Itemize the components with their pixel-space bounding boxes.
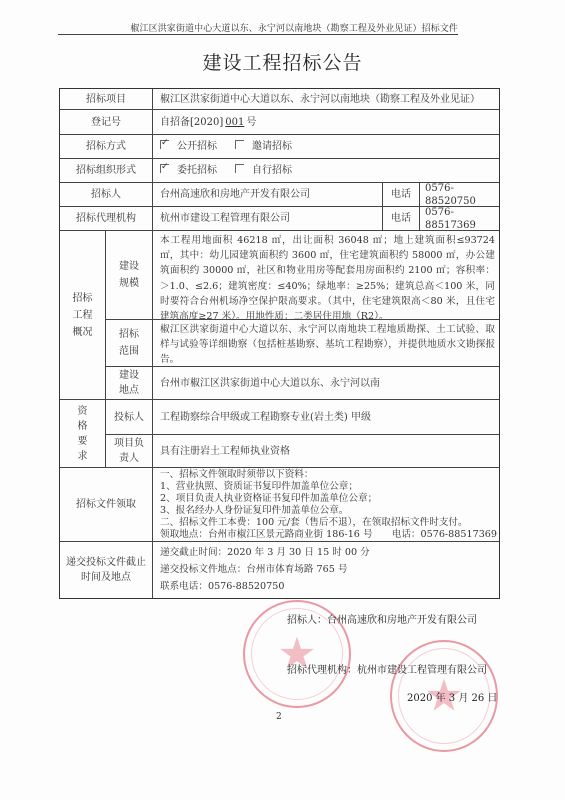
organization-form-label: 招标组织形式 bbox=[60, 158, 152, 182]
collection-line: 一、招标文件领取时须带以下资料： bbox=[160, 469, 495, 481]
tenderer-phone-label: 电话 bbox=[382, 182, 419, 206]
location-text: 台州市椒江区洪家街道中心大道以东、永宁河以南 bbox=[152, 366, 499, 399]
location-label: 建设 地点 bbox=[105, 366, 152, 399]
registration-value: 自招备[2020] 001 号 bbox=[152, 109, 499, 134]
announcement-table: 招标项目 椒江区洪家街道中心大道以东、永宁河以南地块（勘察工程及外业见证） 登记… bbox=[59, 88, 500, 599]
agency-phone-label: 电话 bbox=[382, 206, 419, 230]
tenderer-value: 台州高速欣和房地产开发有限公司 bbox=[152, 182, 382, 206]
bidder-text: 工程勘察综合甲级或工程勘察专业(岩土类) 甲级 bbox=[152, 399, 499, 434]
agency-phone: 0576-88517369 bbox=[419, 206, 499, 230]
submission-line: 递交截止时间：2020 年 3 月 30 日 15 时 00 分 bbox=[160, 544, 495, 561]
bidding-method-options: 公开招标 邀请招标 bbox=[152, 134, 499, 158]
scale-text: 本工程用地面积 46218 ㎡，出让面积 36048 ㎡；地上建筑面积≤9372… bbox=[152, 230, 499, 319]
project-label: 招标项目 bbox=[60, 89, 152, 109]
collection-line: 3、报名经办人身份证复印件加盖单位公章。 bbox=[160, 505, 495, 517]
agency-signature: 招标代理机构：杭州市建设工程管理有限公司 bbox=[287, 661, 487, 676]
checkbox-checked-icon[interactable] bbox=[160, 140, 169, 149]
page-number: 2 bbox=[276, 712, 282, 722]
agency-value: 杭州市建设工程管理有限公司 bbox=[152, 206, 382, 230]
bidding-method-label: 招标方式 bbox=[60, 134, 152, 158]
option-entrusted-bidding[interactable]: 委托招标 bbox=[160, 164, 217, 177]
tenderer-phone: 0576-88520750 bbox=[419, 182, 499, 206]
scope-text: 椒江区洪家街道中心大道以东、永宁河以南地块工程地质勘探、土工试验、取样与试验等详… bbox=[152, 319, 499, 366]
option-invited-bidding[interactable]: 邀请招标 bbox=[235, 140, 292, 153]
bidder-label: 投标人 bbox=[105, 399, 152, 434]
running-header: 椒江区洪家街道中心大道以东、永宁河以南地块（勘察工程及外业见证）招标文件 bbox=[58, 21, 458, 34]
document-title: 建设工程招标公告 bbox=[0, 48, 565, 75]
manager-text: 具有注册岩土工程师执业资格 bbox=[152, 434, 499, 467]
agency-label: 招标代理机构 bbox=[60, 206, 152, 230]
document-page: 椒江区洪家街道中心大道以东、永宁河以南地块（勘察工程及外业见证）招标文件 建设工… bbox=[0, 0, 565, 800]
project-value: 椒江区洪家街道中心大道以东、永宁河以南地块（勘察工程及外业见证） bbox=[152, 89, 499, 109]
header-rule bbox=[58, 34, 458, 35]
collection-label: 招标文件领取 bbox=[60, 467, 152, 541]
checkbox-checked-icon[interactable] bbox=[160, 164, 169, 173]
collection-line: 1、营业执照、资质证书复印件加盖单位公章； bbox=[160, 481, 495, 493]
tenderer-signature: 招标人：台州高速欣和房地产开发有限公司 bbox=[287, 611, 477, 626]
collection-line: 2、项目负责人执业资格证书复印件加盖单位公章； bbox=[160, 493, 495, 505]
qualification-label: 资 格 要 求 bbox=[60, 399, 105, 467]
submission-label: 递交投标文件截止 时间及地点 bbox=[60, 541, 152, 598]
registration-prefix: 自招备[2020] bbox=[160, 116, 223, 129]
collection-text: 一、招标文件领取时须带以下资料： 1、营业执照、资质证书复印件加盖单位公章； 2… bbox=[152, 467, 499, 541]
checkbox-unchecked-icon[interactable] bbox=[235, 164, 244, 173]
checkbox-unchecked-icon[interactable] bbox=[235, 140, 244, 149]
collection-line: 二、招标文件工本费：100 元/套（售后不退），在领取招标文件时支付。 bbox=[160, 517, 495, 529]
collection-line: 领取地点：台州市椒江区景元路商业街 186-16 号 电话：0576-88517… bbox=[160, 529, 495, 541]
option-open-bidding[interactable]: 公开招标 bbox=[160, 140, 217, 153]
submission-line: 联系电话：0576-88520750 bbox=[160, 578, 495, 595]
scope-label: 招标 范围 bbox=[105, 319, 152, 366]
option-self-bidding[interactable]: 自行招标 bbox=[235, 164, 292, 177]
submission-text: 递交截止时间：2020 年 3 月 30 日 15 时 00 分 递交投标文件地… bbox=[152, 541, 499, 598]
overview-label: 招标 工程 概况 bbox=[60, 230, 105, 399]
tenderer-label: 招标人 bbox=[60, 182, 152, 206]
organization-form-options: 委托招标 自行招标 bbox=[152, 158, 499, 182]
registration-label: 登记号 bbox=[60, 109, 152, 134]
registration-number: 001 bbox=[225, 116, 244, 129]
registration-suffix: 号 bbox=[246, 116, 256, 129]
scale-label: 建设 规模 bbox=[105, 230, 152, 319]
manager-label: 项目负 责人 bbox=[105, 434, 152, 467]
signature-date: 2020 年 3 月 26 日 bbox=[407, 689, 497, 704]
submission-line: 递交投标文件地点：台州市体育场路 765 号 bbox=[160, 561, 495, 578]
